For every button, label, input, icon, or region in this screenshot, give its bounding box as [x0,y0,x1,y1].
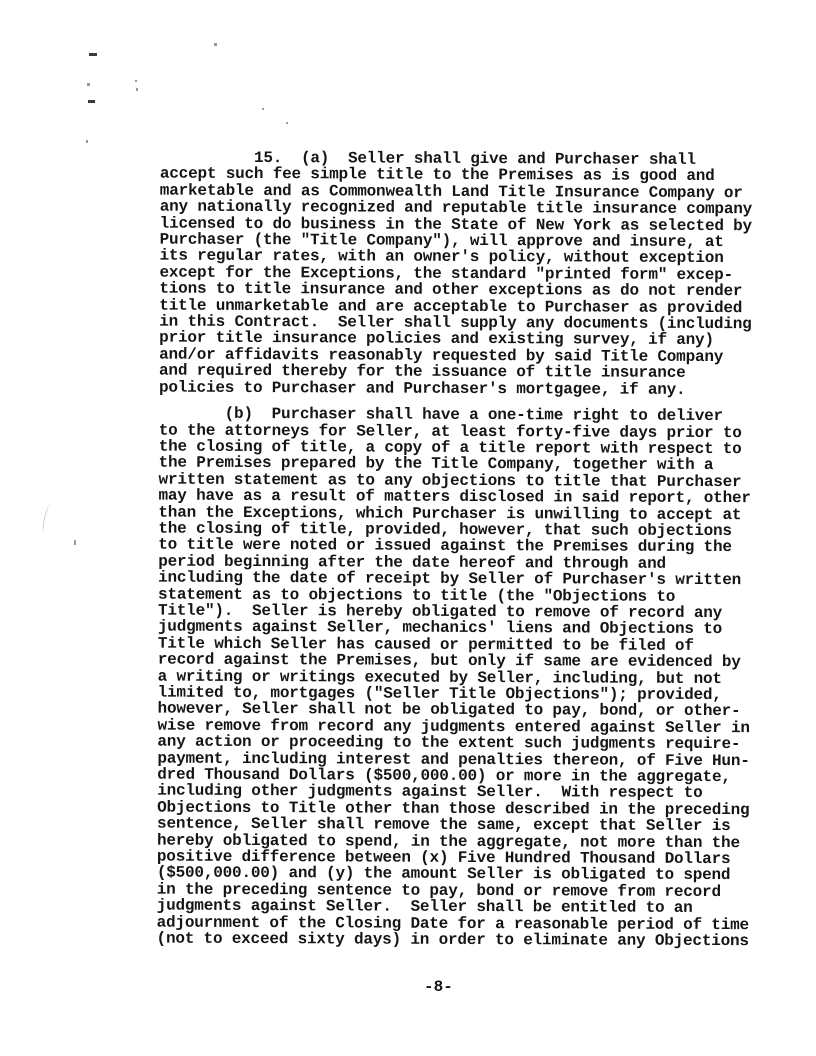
contract-body: 15. (a) Seller shall give and Purchaser … [156,150,800,960]
paragraph-15a: 15. (a) Seller shall give and Purchaser … [159,150,800,399]
scan-artifact [262,108,264,110]
scan-artifact [87,83,90,86]
page-number: -8- [424,979,453,995]
scan-artifact [286,122,288,124]
scan-artifact [88,100,95,103]
scan-artifact [74,540,76,545]
scanned-contract-page: 15. (a) Seller shall give and Purchaser … [0,0,816,1056]
scan-artifact [42,504,53,533]
paragraph-15b: (b) Purchaser shall have a one-time righ… [157,406,799,950]
scan-artifact [89,53,97,56]
scan-artifact [135,80,137,82]
scan-artifact [86,140,88,143]
scan-artifact [136,88,138,91]
scan-artifact [214,43,217,46]
